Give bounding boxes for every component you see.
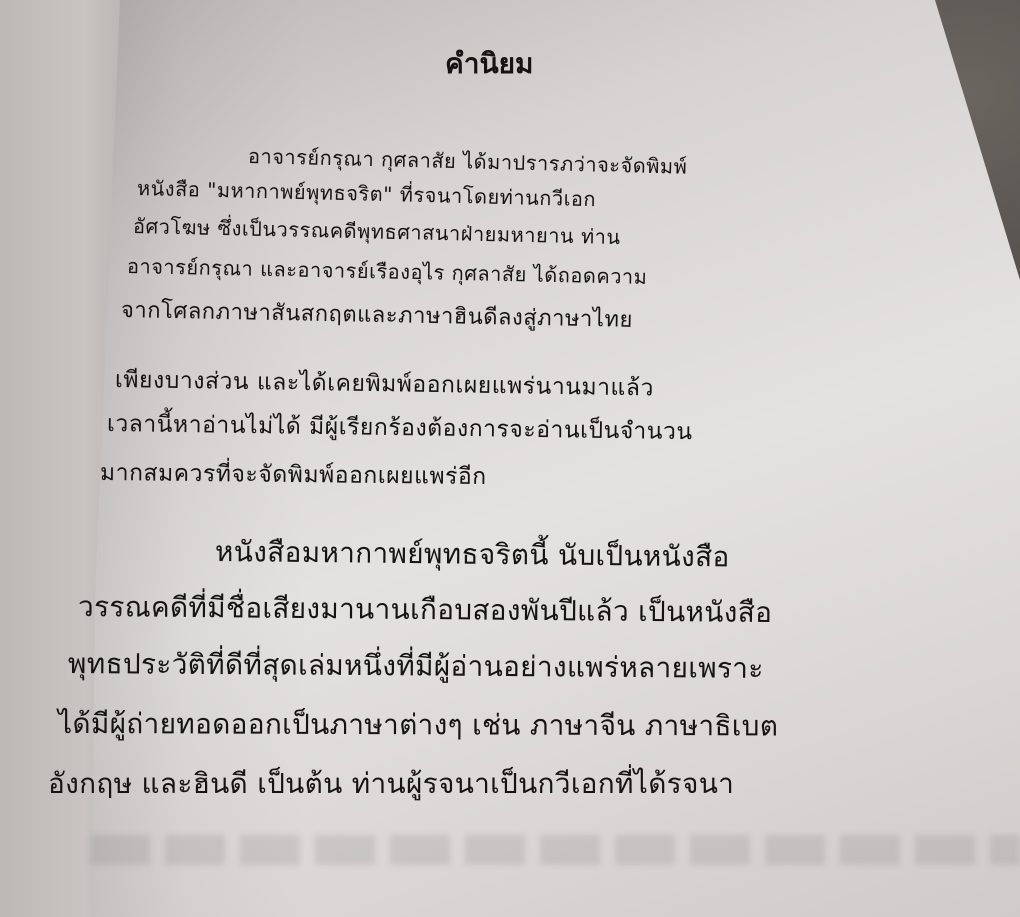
paragraph-2-line: พุทธประวัติที่ดีที่สุดเล่มหนึ่งที่มีผู้อ…: [68, 642, 764, 691]
paragraph-2-line: หนังสือมหากาพย์พุทธจริตนี้ นับเป็นหนังสื…: [215, 530, 730, 579]
bleed-through-text: [90, 835, 1020, 865]
paragraph-2-line: อังกฤษ และฮินดี เป็นต้น ท่านผู้รจนาเป็นก…: [48, 762, 734, 806]
page-title: คำนิยม: [445, 42, 533, 86]
paragraph-2-line: วรรณคดีที่มีชื่อเสียงมานานเกือบสองพันปีแ…: [78, 585, 773, 635]
paragraph-1-line: มากสมควรที่จะจัดพิมพ์ออกเผยแพร่อีก: [100, 455, 487, 495]
paragraph-2-line: ได้มีผู้ถ่ายทอดออกเป็นภาษาต่างๆ เช่น ภาษ…: [58, 702, 778, 749]
